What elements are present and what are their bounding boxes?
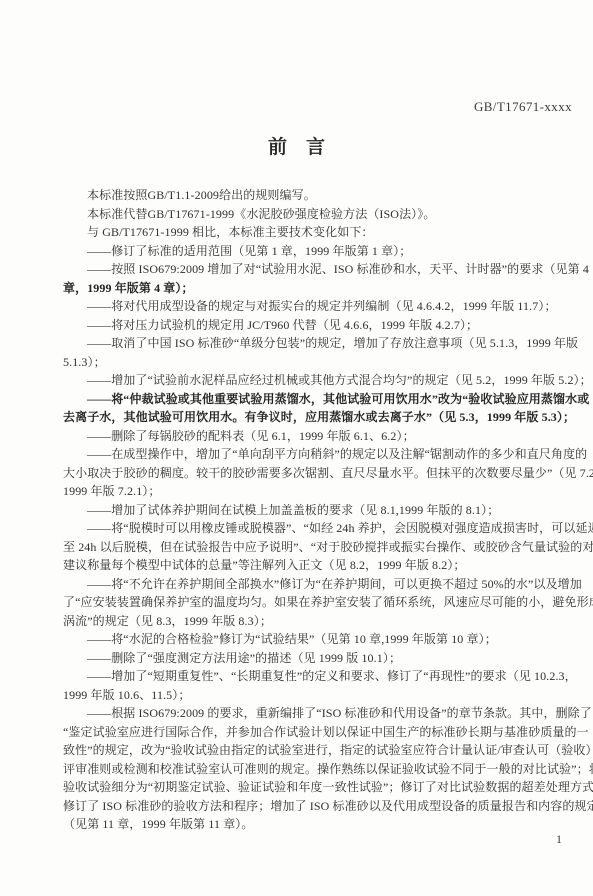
text-line: ——将“仲裁试验或其他重要试验用蒸馏水，其他试验可用饮用水”改为“验收试验应用蒸… bbox=[63, 390, 579, 409]
text-line: ——在成型操作中，增加了“单向刮平方向稍斜”的规定以及注解“锯割动作的多少和直尺… bbox=[63, 445, 579, 464]
text-line: ——增加了试体养护期间在试模上加盖盖板的要求（见 8.1,1999 年版的 8.… bbox=[63, 501, 579, 520]
text-line: ——取消了中国 ISO 标准砂“单级分包装”的规定，增加了存放注意事项（见 5.… bbox=[63, 334, 579, 353]
text-line: 致性”的规定，改为“验收试验由指定的试验室进行，指定的试验室应符合计量认证/审查… bbox=[63, 741, 579, 760]
text-line: ——增加了“试验前水泥样品应经过机械或其他方式混合均匀”的规定（见 5.2，19… bbox=[63, 371, 579, 390]
text-line: ——将“不允许在养护期间全部换水”修订为“在养护期间，可以更换不超过 50%的水… bbox=[63, 575, 579, 594]
text-line: 本标准代替GB/T17671-1999《水泥胶砂强度检验方法（ISO法）》。 bbox=[63, 205, 579, 224]
text-line: 涡流”的规定（见 8.3，1999 年版 8.3）； bbox=[63, 612, 579, 631]
foreword-body: 本标准按照GB/T1.1-2009给出的规则编写。本标准代替GB/T17671-… bbox=[63, 186, 579, 834]
text-line: ——增加了“短期重复性”、“长期重复性”的定义和要求、修订了“再现性”的要求（见… bbox=[63, 667, 579, 686]
text-line: 章，1999 年版第 4 章）； bbox=[63, 279, 579, 298]
text-line: ——将“脱模时可以用橡皮锤或脱模器”、“如经 24h 养护，会因脱模对强度造成损… bbox=[63, 519, 579, 538]
text-line: 了“应安装装置确保养护室的温度均匀。如果在养护室安装了循环系统，风速应尽可能的小… bbox=[63, 593, 579, 612]
text-line: ——将对代用成型设备的规定与对振实台的规定并列编制（见 4.6.4.2，1999… bbox=[63, 297, 579, 316]
text-line: 与 GB/T17671-1999 相比，本标准主要技术变化如下： bbox=[63, 223, 579, 242]
text-line: 1999 年版 7.2.1）； bbox=[63, 482, 579, 501]
text-line: ——根据 ISO679:2009 的要求，重新编排了“ISO 标准砂和代用设备”… bbox=[63, 704, 579, 723]
text-line: ——将对压力试验机的规定用 JC/T960 代替（见 4.6.6，1999 年版… bbox=[63, 316, 579, 335]
text-line: 验收试验细分为“初期鉴定试验、验证试验和年度一致性试验”；修订了对比试验数据的超… bbox=[63, 778, 579, 797]
text-line: 至 24h 以后脱模，但在试验报告中应予说明”、“对于胶砂搅拌或振实台操作、或胶… bbox=[63, 538, 579, 557]
text-line: 本标准按照GB/T1.1-2009给出的规则编写。 bbox=[63, 186, 579, 205]
text-line: ——删除了每锅胶砂的配料表（见 6.1，1999 年版 6.1、6.2）； bbox=[63, 427, 579, 446]
standard-number: GB/T17671-xxxx bbox=[474, 99, 572, 115]
page-number: 1 bbox=[556, 832, 562, 847]
text-line: 5.1.3）； bbox=[63, 353, 579, 372]
page-title: 前 言 bbox=[0, 132, 593, 159]
text-line: “鉴定试验室应进行国际合作，并参加合作试验计划以保证中国生产的标准砂长期与基准砂… bbox=[63, 723, 579, 742]
text-line: （见第 11 章，1999 年版第 11 章）。 bbox=[63, 815, 579, 834]
text-line: ——删除了“强度测定方法用途”的描述（见 1999 版 10.1）； bbox=[63, 649, 579, 668]
text-line: 建议称量每个模型中试体的总量”等注解列入正文（见 8.2，1999 年版 8.2… bbox=[63, 556, 579, 575]
document-page: GB/T17671-xxxx 前 言 本标准按照GB/T1.1-2009给出的规… bbox=[0, 0, 593, 896]
text-line: 修订了 ISO 标准砂的验收方法和程序；增加了 ISO 标准砂以及代用成型设备的… bbox=[63, 797, 579, 816]
text-line: 1999 年版 10.6、11.5）； bbox=[63, 686, 579, 705]
text-line: ——按照 ISO679:2009 增加了对“试验用水泥、ISO 标准砂和水，天平… bbox=[63, 260, 579, 279]
text-line: 评审准则或检测和校准试验室认可准则的规定。操作熟练以保证验收试验不同于一般的对比… bbox=[63, 760, 579, 779]
text-line: ——修订了标准的适用范围（见第 1 章，1999 年版第 1 章）； bbox=[63, 242, 579, 261]
text-line: ——将“水泥的合格检验”修订为“试验结果”（见第 10 章,1999 年版第 1… bbox=[63, 630, 579, 649]
text-line: 去离子水，其他试验可用饮用水。有争议时，应用蒸馏水或去离子水”（见 5.3，19… bbox=[63, 408, 579, 427]
text-line: 大小取决于胶砂的稠度。较干的胶砂需要多次锯割、直尺尽量水平。但抹平的次数要尽量少… bbox=[63, 464, 579, 483]
